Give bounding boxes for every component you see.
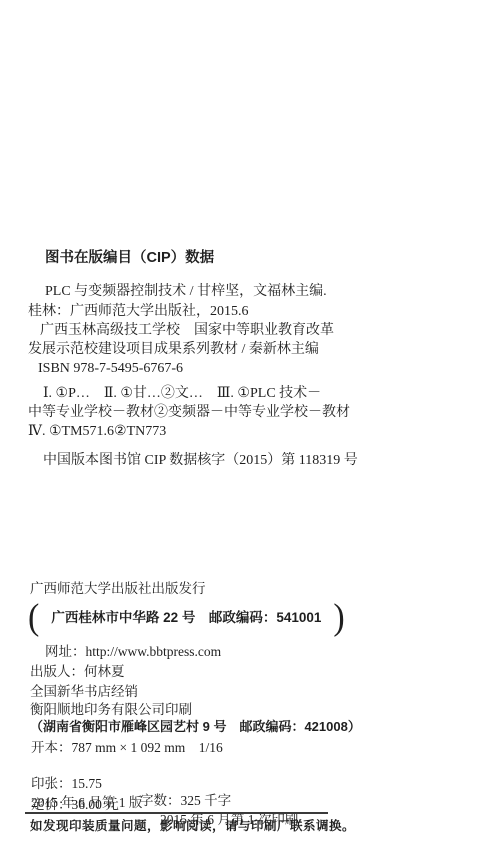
cip-heading: 图书在版编目（CIP）数据: [45, 249, 214, 267]
cip-series-line-2: 发展示范校建设项目成果系列教材 / 秦新林主编: [28, 341, 319, 359]
paren-close: ): [333, 599, 344, 636]
cip-class-line-3: Ⅳ. ①TM571.6②TN773: [28, 423, 166, 441]
divider-rule: [25, 812, 328, 814]
cip-publisher-line: 桂林：广西师范大学出版社，2015.6: [28, 303, 249, 321]
website-line: 网址：http://www.bbtpress.com: [45, 644, 221, 661]
cip-record-number: 中国版本图书馆 CIP 数据核字（2015）第 118319 号: [43, 452, 358, 470]
cip-isbn: ISBN 978-7-5495-6767-6: [38, 360, 183, 378]
publisher-person-line: 出版人：何林夏: [30, 664, 125, 681]
printer-line: 衡阳顺地印务有限公司印刷: [30, 702, 192, 719]
cip-series-line-1: 广西玉林高级技工学校 国家中等职业教育改革: [40, 322, 334, 340]
publisher-address: 广西桂林市中华路 22 号 邮政编码：541001: [51, 610, 321, 627]
cip-class-line-2: 中等专业学校－教材②变频器－中等专业学校－教材: [28, 404, 350, 422]
distribution-line: 全国新华书店经销: [30, 684, 138, 701]
cip-title-line: PLC 与变频器控制技术 / 甘梓坚，文福林主编.: [45, 283, 327, 301]
printer-address-line: （湖南省衡阳市雁峰区园艺村 9 号 邮政编码：421008）: [30, 719, 361, 735]
paren-open: (: [28, 599, 39, 636]
publisher-line: 广西师范大学出版社出版发行: [30, 581, 206, 598]
format-line: 开本：787 mm × 1 092 mm 1/16: [31, 740, 223, 757]
copyright-page: 图书在版编目（CIP）数据 PLC 与变频器控制技术 / 甘梓坚，文福林主编. …: [0, 0, 500, 849]
cip-class-line-1: Ⅰ. ①P… Ⅱ. ①甘…②文… Ⅲ. ①PLC 技术－: [43, 385, 321, 403]
quality-notice: 如发现印装质量问题，影响阅读，请与印刷厂联系调换。: [30, 819, 355, 835]
publisher-address-group: ( 广西桂林市中华路 22 号 邮政编码：541001 ): [28, 598, 345, 638]
